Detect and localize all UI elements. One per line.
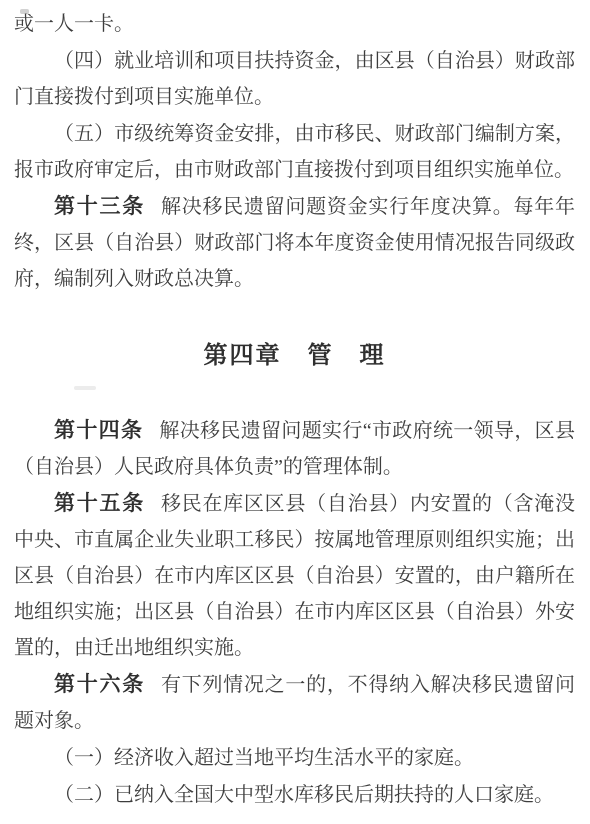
paragraph-item-1: （一）经济收入超过当地平均生活水平的家庭。 <box>14 740 575 776</box>
paragraph-item-2: （二）已纳入全国大中型水库移民后期扶持的人口家庭。 <box>14 777 575 813</box>
scan-artifact-speck <box>20 9 29 14</box>
paragraph-article-13: 第十三条解决移民遗留问题资金实行年度决算。每年年终，区县（自治县）财政部门将本年… <box>14 189 575 297</box>
paragraph-article-14: 第十四条解决移民遗留问题实行“市政府统一领导，区县（自治县）人民政府具体负责”的… <box>14 413 575 485</box>
article-number: 第十六条 <box>54 673 145 696</box>
paragraph-text: 移民在库区区县（自治县）内安置的（含淹没中央、市直属企业失业职工移民）按属地管理… <box>14 493 575 659</box>
article-number: 第十三条 <box>54 195 145 218</box>
paragraph-item-4: （四）就业培训和项目扶持资金，由区县（自治县）财政部门直接拨付到项目实施单位。 <box>14 43 575 115</box>
paragraph-continuation: 或一人一卡。 <box>14 6 575 42</box>
paragraph-text: （五）市级统筹资金安排，由市移民、财政部门编制方案，报市政府审定后，由市财政部门… <box>14 123 575 181</box>
paragraph-text: （四）就业培训和项目扶持资金，由区县（自治县）财政部门直接拨付到项目实施单位。 <box>14 50 575 108</box>
scan-artifact-smudge <box>74 386 96 390</box>
article-number: 第十四条 <box>54 419 143 442</box>
paragraph-article-15: 第十五条移民在库区区县（自治县）内安置的（含淹没中央、市直属企业失业职工移民）按… <box>14 486 575 666</box>
paragraph-text: （二）已纳入全国大中型水库移民后期扶持的人口家庭。 <box>54 784 554 806</box>
paragraph-item-5: （五）市级统筹资金安排，由市移民、财政部门编制方案，报市政府审定后，由市财政部门… <box>14 116 575 188</box>
paragraph-article-16: 第十六条有下列情况之一的，不得纳入解决移民遗留问题对象。 <box>14 667 575 739</box>
article-number: 第十五条 <box>54 492 145 515</box>
chapter-heading: 第四章 管 理 <box>14 338 575 374</box>
document-page: 或一人一卡。 （四）就业培训和项目扶持资金，由区县（自治县）财政部门直接拨付到项… <box>0 0 590 824</box>
paragraph-text: （一）经济收入超过当地平均生活水平的家庭。 <box>54 747 474 769</box>
paragraph-text: 或一人一卡。 <box>14 13 134 35</box>
